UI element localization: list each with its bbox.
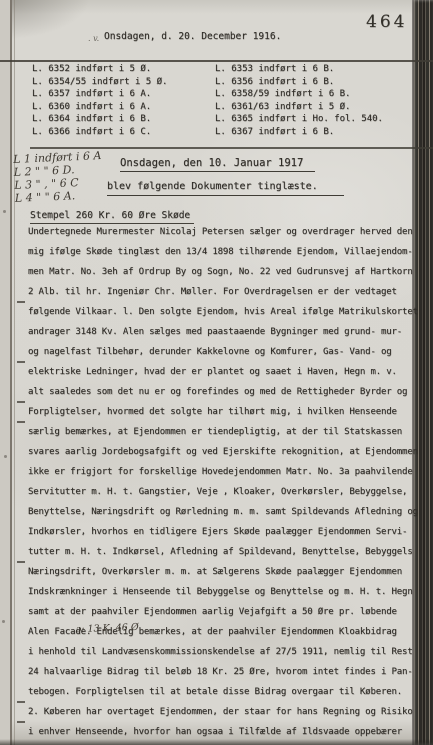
body-line: Servitutter m. H. t. Gangstier, Veje , K… — [28, 482, 420, 502]
left-vertical-rule-faint — [14, 0, 15, 745]
registry-entry: L. 6367 indført i 6 B. — [215, 126, 383, 139]
ink-speck — [4, 455, 7, 458]
ink-speck — [3, 210, 6, 213]
registry-entry: L. 6352 indført i 5 Ø. — [32, 63, 167, 76]
body-line: Næringsdrift, Overkørsler m. m. at Sælge… — [28, 562, 420, 582]
handwritten-check-marks: . v. — [88, 34, 99, 43]
body-line: elektriske Ledninger, hvad der er plante… — [28, 362, 420, 382]
body-line: Benyttelse, Næringsdrift og Rørledning m… — [28, 502, 420, 522]
body-line: Indskrænkninger i Henseende til Bebyggel… — [28, 582, 420, 602]
body-line: 24 halvaarlige Bidrag til beløb 18 Kr. 2… — [28, 662, 420, 682]
horizontal-rule-top — [0, 60, 433, 62]
body-line: følgende Vilkaar. l. Den solgte Ejendom,… — [28, 302, 420, 322]
body-line: særlig bemærkes, at Ejendommen er tiende… — [28, 422, 420, 442]
scanned-deed-page: 464 . v. Onsdagen, d. 20. December 1916.… — [0, 0, 433, 745]
left-vertical-rule — [10, 0, 12, 745]
registry-entry: L. 6364 indført i 6 B. — [32, 113, 167, 126]
body-line: samt at der paahviler Ejendommen aarlig … — [28, 602, 420, 622]
body-line: tebogen. Forpligtelsen til at betale dis… — [28, 682, 420, 702]
registry-entry: L. 6360 indført i 6 A. — [32, 101, 167, 114]
body-line: 2 Alb. til hr. Ingeniør Chr. Møller. For… — [28, 282, 420, 302]
handwritten-margin-notes: L 1 indført i 6 A L 2 " " 6 D. L 3 " , "… — [13, 149, 103, 205]
body-line: men Matr. No. 3eh af Ordrup By og Sogn, … — [28, 262, 420, 282]
margin-tick — [17, 301, 25, 303]
deed-body-text: Undertegnede Murermester Nicolaj Peterse… — [28, 222, 420, 742]
registry-entry: L. 6361/63 indført i 5 Ø. — [215, 101, 383, 114]
page-number: 464 — [366, 12, 407, 32]
body-line: alt saaledes som det nu er og forefindes… — [28, 382, 420, 402]
date-header-1916: Onsdagen, d. 20. December 1916. — [104, 31, 281, 42]
registry-left-column: L. 6352 indført i 5 Ø. L. 6354/55 indfør… — [32, 63, 167, 138]
registry-entry: L. 6357 indført i 6 A. — [32, 88, 167, 101]
body-line: i henhold til Landvæsenskommissionskende… — [28, 642, 420, 662]
margin-tick — [17, 401, 25, 403]
body-line: andrager 3148 Kv. Alen sælges med paasta… — [28, 322, 420, 342]
margin-note-line: L 4 " " 6 A. — [15, 188, 104, 205]
date-header-1917: Onsdagen, den 10. Januar 1917 — [120, 157, 315, 172]
ink-speck — [2, 620, 5, 623]
registry-entry: L. 6358/59 indført i 6 B. — [215, 88, 383, 101]
body-line: mig ifølge Skøde tinglæst den 13/4 1898 … — [28, 242, 420, 262]
margin-tick — [17, 561, 25, 563]
body-line: ikke er frigjort for forskellige Hovedej… — [28, 462, 420, 482]
margin-tick — [17, 421, 25, 423]
body-line: svares aarlig Jordebogsafgift og ved Eje… — [28, 442, 420, 462]
registry-entry: L. 6354/55 indført i 5 Ø. — [32, 76, 167, 89]
bottom-edge-shadow — [0, 739, 433, 745]
handwritten-amount-insert: ɔ: 13 K. 46 Ø — [76, 622, 139, 635]
registry-right-column: L. 6353 indført i 6 B. L. 6356 indført i… — [215, 63, 383, 138]
registry-entry: L. 6365 indført i Ho. fol. 540. — [215, 113, 383, 126]
registry-entry: L. 6356 indført i 6 B. — [215, 76, 383, 89]
body-line: 2. Køberen har overtaget Ejendommen, der… — [28, 702, 420, 722]
margin-tick — [17, 361, 25, 363]
body-line: Forpligtelser, hvormed det solgte har ti… — [28, 402, 420, 422]
body-line: og nagelfast Tilbehør, derunder Kakkelov… — [28, 342, 420, 362]
body-line: Indkørsler, hvorhos en tidligere Ejers S… — [28, 522, 420, 542]
registry-entry: L. 6366 indført i 6 C. — [32, 126, 167, 139]
subheader-tinglaeste: blev følgende Dokumenter tinglæste. — [107, 181, 344, 196]
margin-tick — [17, 701, 25, 703]
margin-tick — [17, 721, 25, 723]
body-line: Undertegnede Murermester Nicolaj Peterse… — [28, 222, 420, 242]
body-line: tutter m. H. t. Indkørsel, Afledning af … — [28, 542, 420, 562]
registry-entry: L. 6353 indført i 6 B. — [215, 63, 383, 76]
